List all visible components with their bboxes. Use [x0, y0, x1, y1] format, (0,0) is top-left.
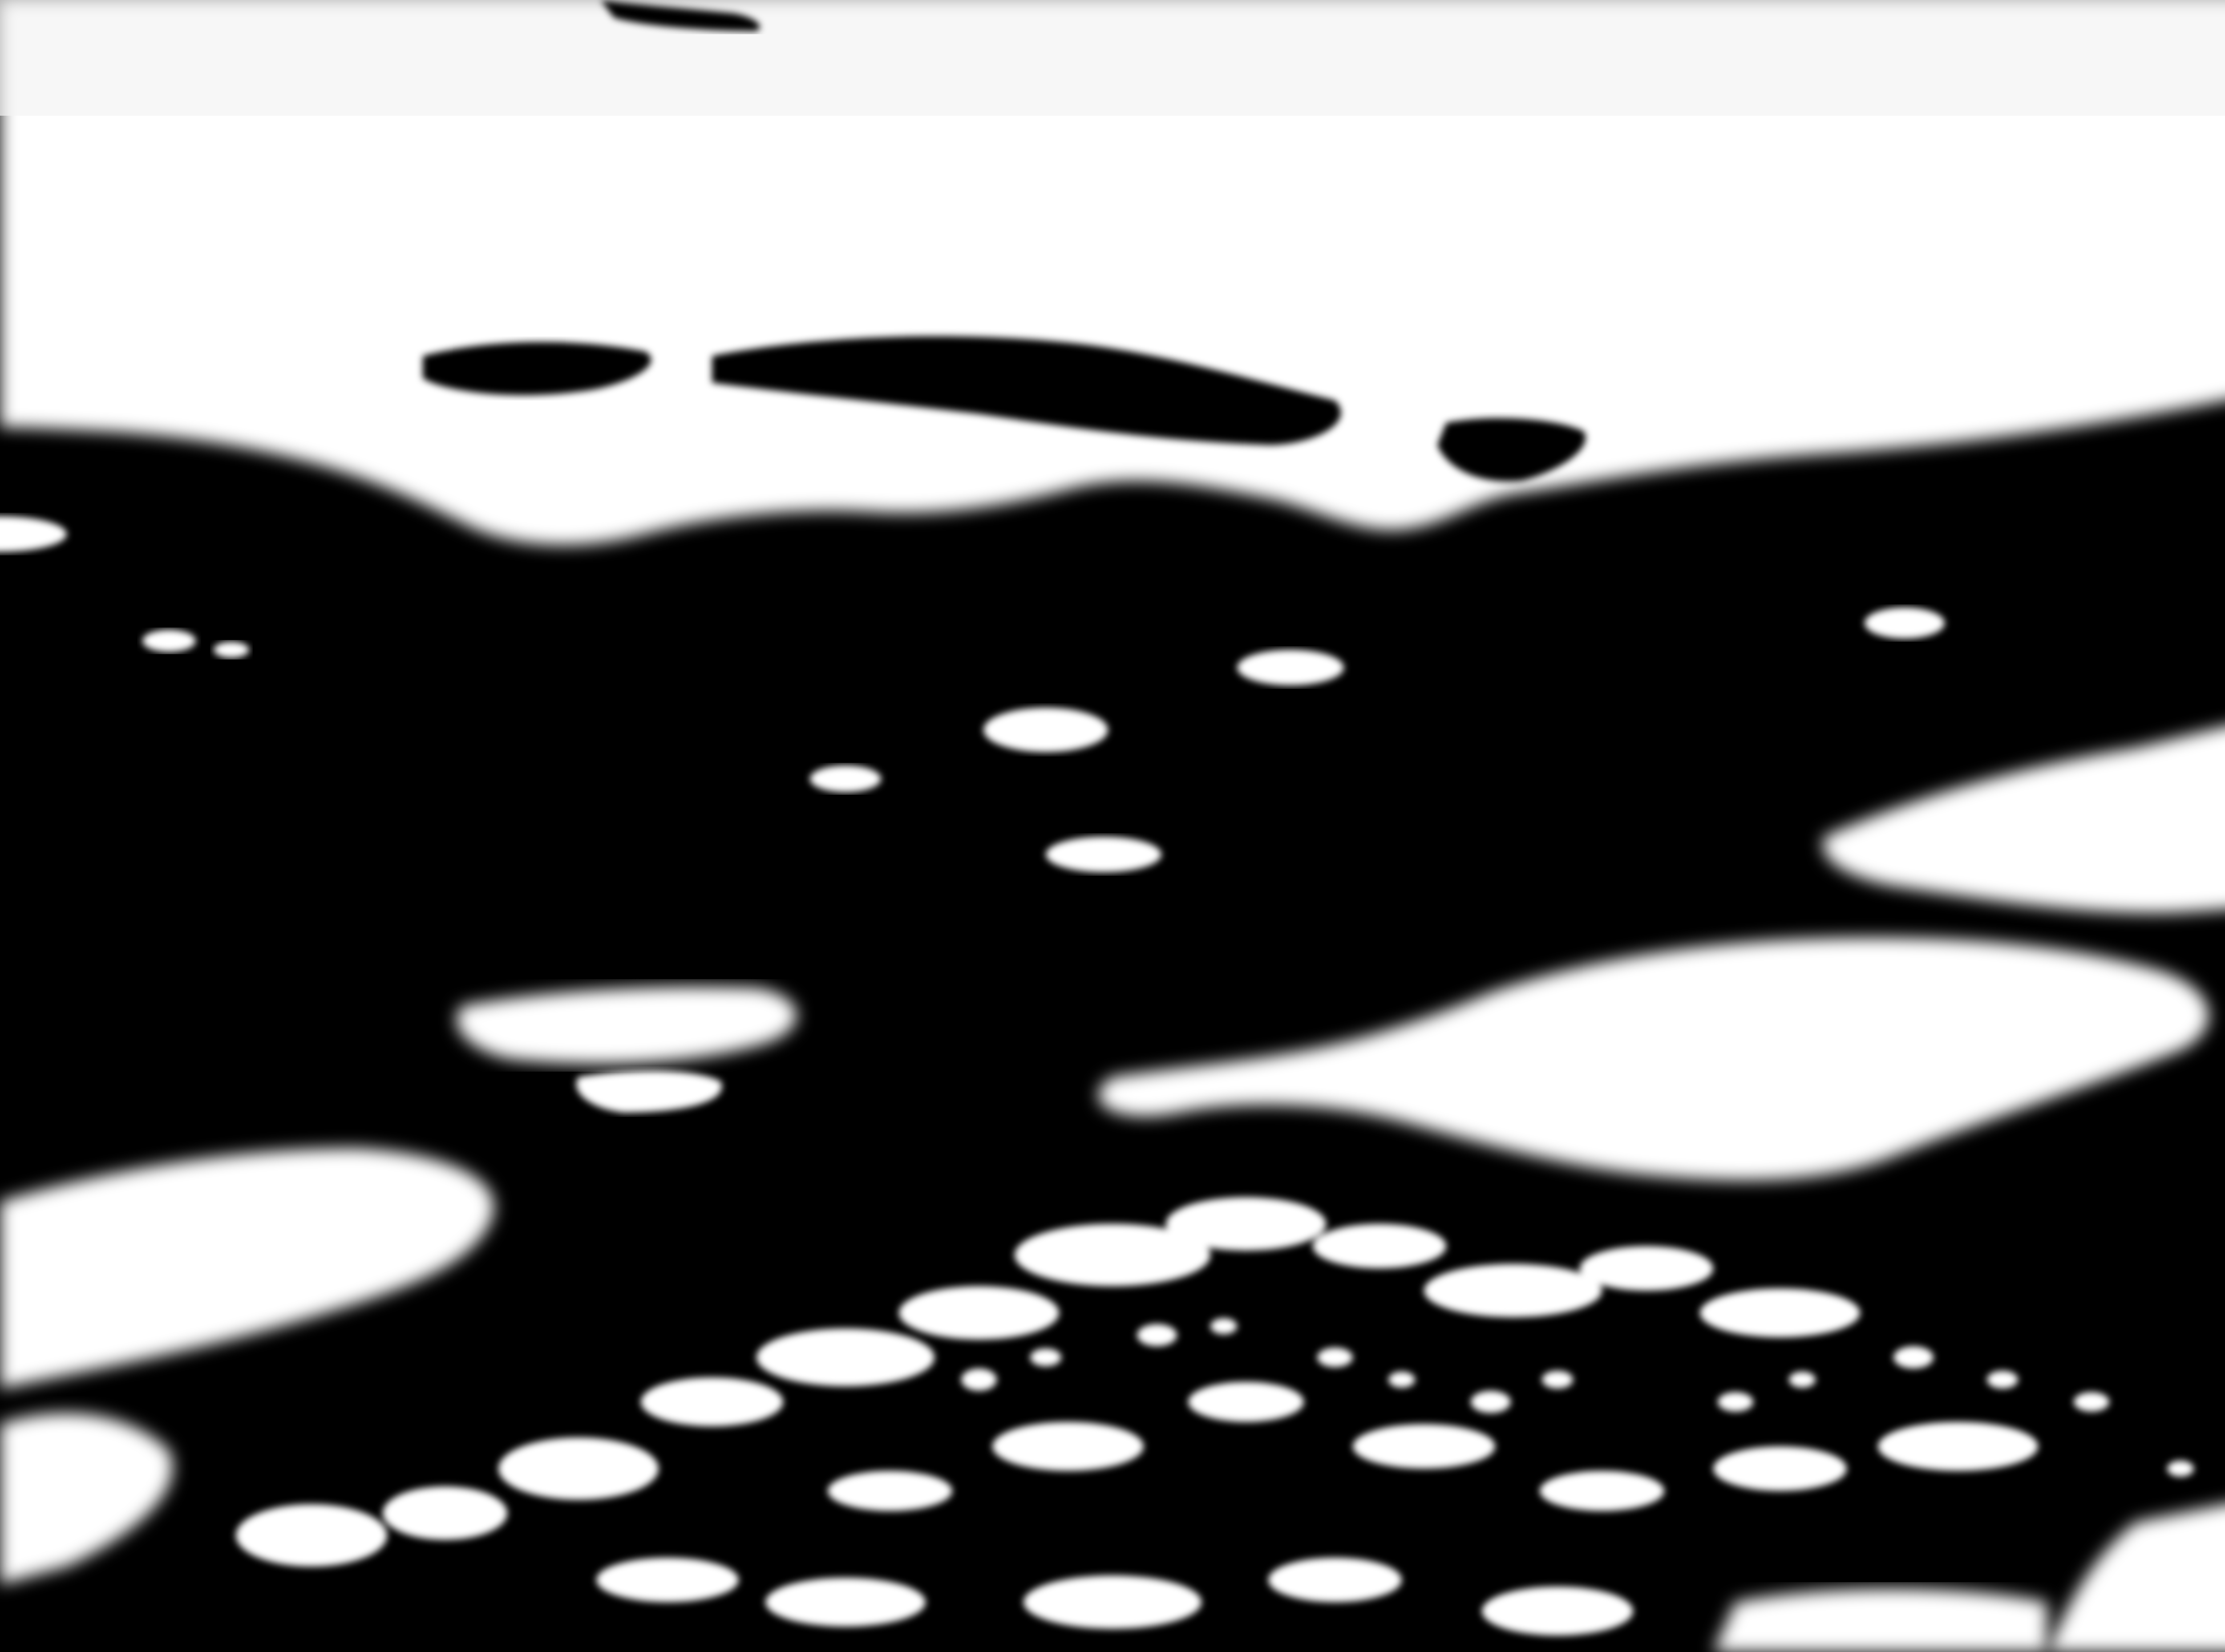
aerial-cloud-photo: High-contrast black and white aerial vie…: [0, 0, 2225, 1652]
cloud-fragment: [214, 642, 249, 658]
cloud-fragment: [810, 765, 881, 792]
cloud-layer: [0, 0, 2225, 1652]
cloud-fragment: [1046, 837, 1161, 872]
bottom-edge-cloud: [1713, 1589, 2047, 1652]
cloud-fragment: [142, 630, 196, 652]
cloud-fragment: [1865, 607, 1945, 639]
cloud-fragment: [1237, 650, 1344, 685]
cloud-fragment: [983, 708, 1108, 752]
